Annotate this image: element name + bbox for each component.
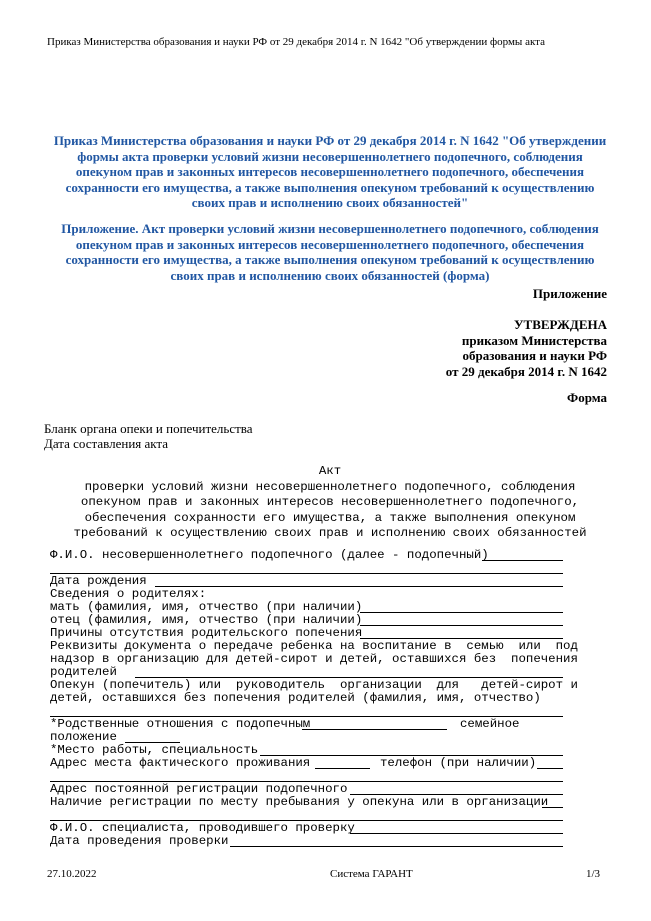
appendix-title-line: Приложение. Акт проверки условий жизни н… bbox=[30, 221, 630, 237]
form-label: Форма bbox=[567, 390, 607, 406]
form-row: *Родственные отношения с подопечнымсемей… bbox=[50, 718, 565, 731]
form-fill-line[interactable] bbox=[155, 586, 563, 587]
appendix-title-line: сохранности его имущества, а также выпол… bbox=[30, 252, 630, 268]
form-fill-line[interactable] bbox=[542, 807, 563, 808]
form-row: Адрес места фактического проживаниятелеф… bbox=[50, 757, 565, 770]
form-fill-line[interactable] bbox=[350, 833, 563, 834]
act-title: Акт bbox=[30, 464, 630, 480]
approval-line: образования и науки РФ bbox=[446, 348, 607, 364]
act-subtitle-line: требований к осуществлению своих прав и … bbox=[30, 526, 630, 542]
act-heading: Акт проверки условий жизни несовершеннол… bbox=[30, 464, 630, 542]
form-fill-line[interactable] bbox=[315, 768, 370, 769]
form-field-label: детей, оставшихся без попечения родителе… bbox=[50, 692, 541, 705]
approval-line: УТВЕРЖДЕНА bbox=[446, 317, 607, 333]
title-line: формы акта проверки условий жизни несове… bbox=[30, 149, 630, 165]
appendix-title-line: опекуном прав и законных интересов несов… bbox=[30, 237, 630, 253]
form-row: Ф.И.О. несовершеннолетнего подопечного (… bbox=[50, 549, 565, 562]
appendix-title[interactable]: Приложение. Акт проверки условий жизни н… bbox=[30, 221, 630, 283]
form-field-label: надзор в организацию для детей-сирот и д… bbox=[50, 653, 578, 666]
form-fill-line[interactable] bbox=[230, 846, 563, 847]
form-fill-line[interactable] bbox=[360, 612, 563, 613]
act-subtitle-line: опекуном прав и законных интересов несов… bbox=[30, 495, 630, 511]
form-field-label: Ф.И.О. несовершеннолетнего подопечного (… bbox=[50, 549, 489, 562]
appendix-title-line: своих прав и исполнению своих обязанност… bbox=[30, 268, 630, 284]
title-line: сохранности его имущества, а также выпол… bbox=[30, 180, 630, 196]
act-form: Ф.И.О. несовершеннолетнего подопечного (… bbox=[50, 549, 565, 848]
act-subtitle-line: обеспечения сохранности его имущества, а… bbox=[30, 511, 630, 527]
form-fill-line[interactable] bbox=[537, 768, 563, 769]
running-header: Приказ Министерства образования и науки … bbox=[47, 36, 545, 48]
footer-page: 1/3 bbox=[586, 868, 600, 880]
approval-line: приказом Министерства bbox=[446, 333, 607, 349]
approval-line: от 29 декабря 2014 г. N 1642 bbox=[446, 364, 607, 380]
form-field-label: телефон (при наличии) bbox=[380, 757, 536, 770]
form-row: Наличие регистрации по месту пребывания … bbox=[50, 796, 565, 809]
form-row: надзор в организацию для детей-сирот и д… bbox=[50, 653, 565, 666]
form-row: Дата проведения проверки bbox=[50, 835, 565, 848]
form-fill-line[interactable] bbox=[302, 729, 447, 730]
form-fill-line[interactable] bbox=[360, 625, 563, 626]
appendix-label: Приложение bbox=[533, 286, 607, 302]
document-title[interactable]: Приказ Министерства образования и науки … bbox=[30, 133, 630, 211]
blank-label: Бланк органа опеки и попечительства bbox=[44, 421, 253, 436]
act-subtitle-line: проверки условий жизни несовершеннолетне… bbox=[30, 480, 630, 496]
approval-block: УТВЕРЖДЕНА приказом Министерства образов… bbox=[446, 317, 607, 379]
form-field-label: Наличие регистрации по месту пребывания … bbox=[50, 796, 548, 809]
form-field-label: семейное bbox=[460, 718, 520, 731]
title-line: опекуном прав и законных интересов несов… bbox=[30, 164, 630, 180]
title-line: своих прав и исполнению своих обязанност… bbox=[30, 195, 630, 211]
date-label: Дата составления акта bbox=[44, 436, 168, 451]
footer-date: 27.10.2022 bbox=[47, 868, 97, 880]
footer-system: Система ГАРАНТ bbox=[330, 868, 413, 880]
form-fill-line[interactable] bbox=[482, 560, 563, 561]
form-row: детей, оставшихся без попечения родителе… bbox=[50, 692, 565, 705]
form-field-label: Дата проведения проверки bbox=[50, 835, 228, 848]
title-line: Приказ Министерства образования и науки … bbox=[30, 133, 630, 149]
form-field-label: Адрес места фактического проживания bbox=[50, 757, 310, 770]
